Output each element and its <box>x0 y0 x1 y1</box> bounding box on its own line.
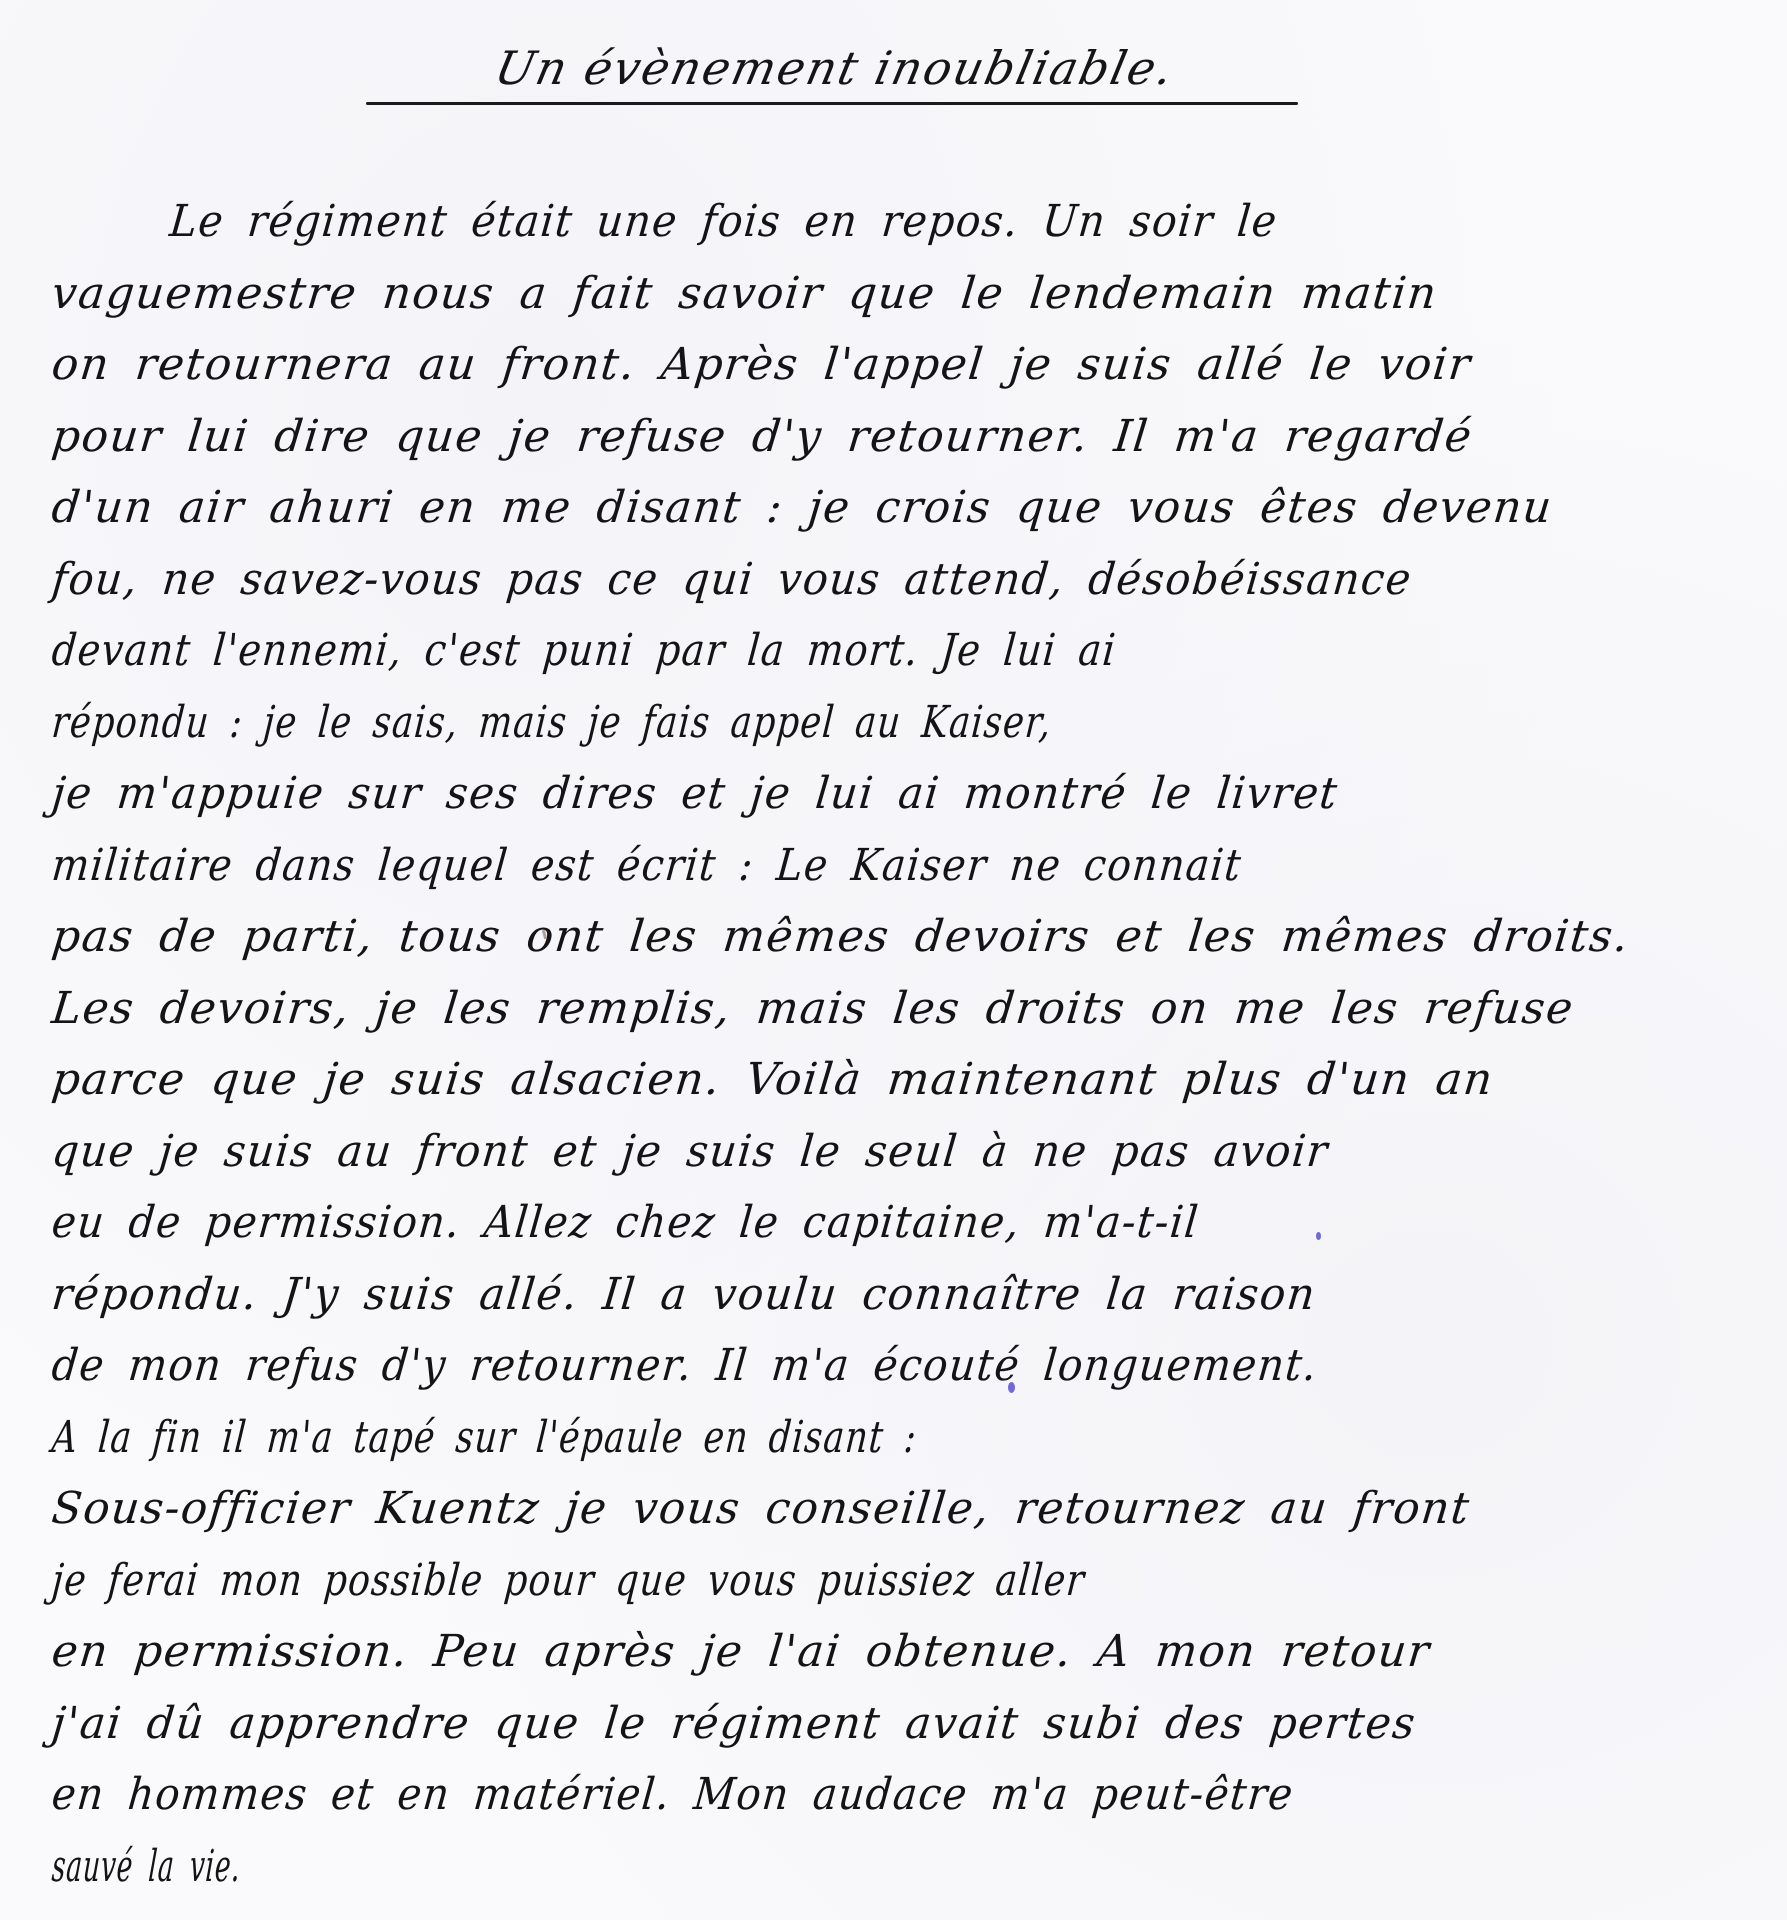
text-line: de mon refus d'y retourner. Il m'a écout… <box>49 1330 1630 1402</box>
text-line: devant l'ennemi, c'est puni par la mort.… <box>49 615 1531 687</box>
text-line: en hommes et en matériel. Mon audace m'a… <box>49 1759 1616 1831</box>
text-line: sauvé la vie. <box>50 1831 1075 1903</box>
text-line: A la fin il m'a tapé sur l'épaule en dis… <box>49 1402 1395 1474</box>
title-container: Un évènement inoubliable. <box>370 38 1300 98</box>
text-line: eu de permission. Allez chez le capitain… <box>49 1187 1630 1259</box>
text-line: pour lui dire que je refuse d'y retourne… <box>48 401 1761 473</box>
text-line: je m'appuie sur ses dires et je lui ai m… <box>48 758 1680 830</box>
text-line: répondu. J'y suis allé. Il a voulu conna… <box>48 1259 1701 1331</box>
document-title: Un évènement inoubliable. <box>490 38 1181 98</box>
text-line: vaguemestre nous a fait savoir que le le… <box>48 258 1756 330</box>
text-line: d'un air ahuri en me disant : je crois q… <box>48 472 1740 544</box>
text-line: on retournera au front. Après l'appel je… <box>48 329 1761 401</box>
text-line: parce que je suis alsacien. Voilà mainte… <box>48 1044 1756 1116</box>
text-line: répondu : je le sais, mais je fais appel… <box>49 687 1415 759</box>
text-line: j'ai dû apprendre que le régiment avait … <box>48 1688 1711 1760</box>
text-line: Le régiment était une fois en repos. Un … <box>49 186 1637 258</box>
handwritten-body: Le régiment était une fois en repos. Un … <box>52 186 1752 1902</box>
text-line: pas de parti, tous ont les mêmes devoirs… <box>48 901 1766 973</box>
text-line: militaire dans lequel est écrit : Le Kai… <box>49 830 1576 902</box>
handwritten-page: Un évènement inoubliable. Le régiment ét… <box>0 0 1787 1920</box>
text-line: fou, ne savez-vous pas ce qui vous atten… <box>48 544 1665 616</box>
stray-ink-mark <box>1316 1232 1321 1240</box>
stray-ink-mark <box>1008 1382 1015 1393</box>
text-line: je ferai mon possible pour que vous puis… <box>49 1545 1451 1617</box>
text-line: que je suis au front et je suis le seul … <box>48 1116 1675 1188</box>
text-line: Sous-officier Kuentz je vous conseille, … <box>48 1473 1745 1545</box>
text-line: Les devoirs, je les remplis, mais les dr… <box>48 973 1761 1045</box>
title-underline <box>366 102 1298 105</box>
text-line: en permission. Peu après je l'ai obtenue… <box>48 1616 1745 1688</box>
